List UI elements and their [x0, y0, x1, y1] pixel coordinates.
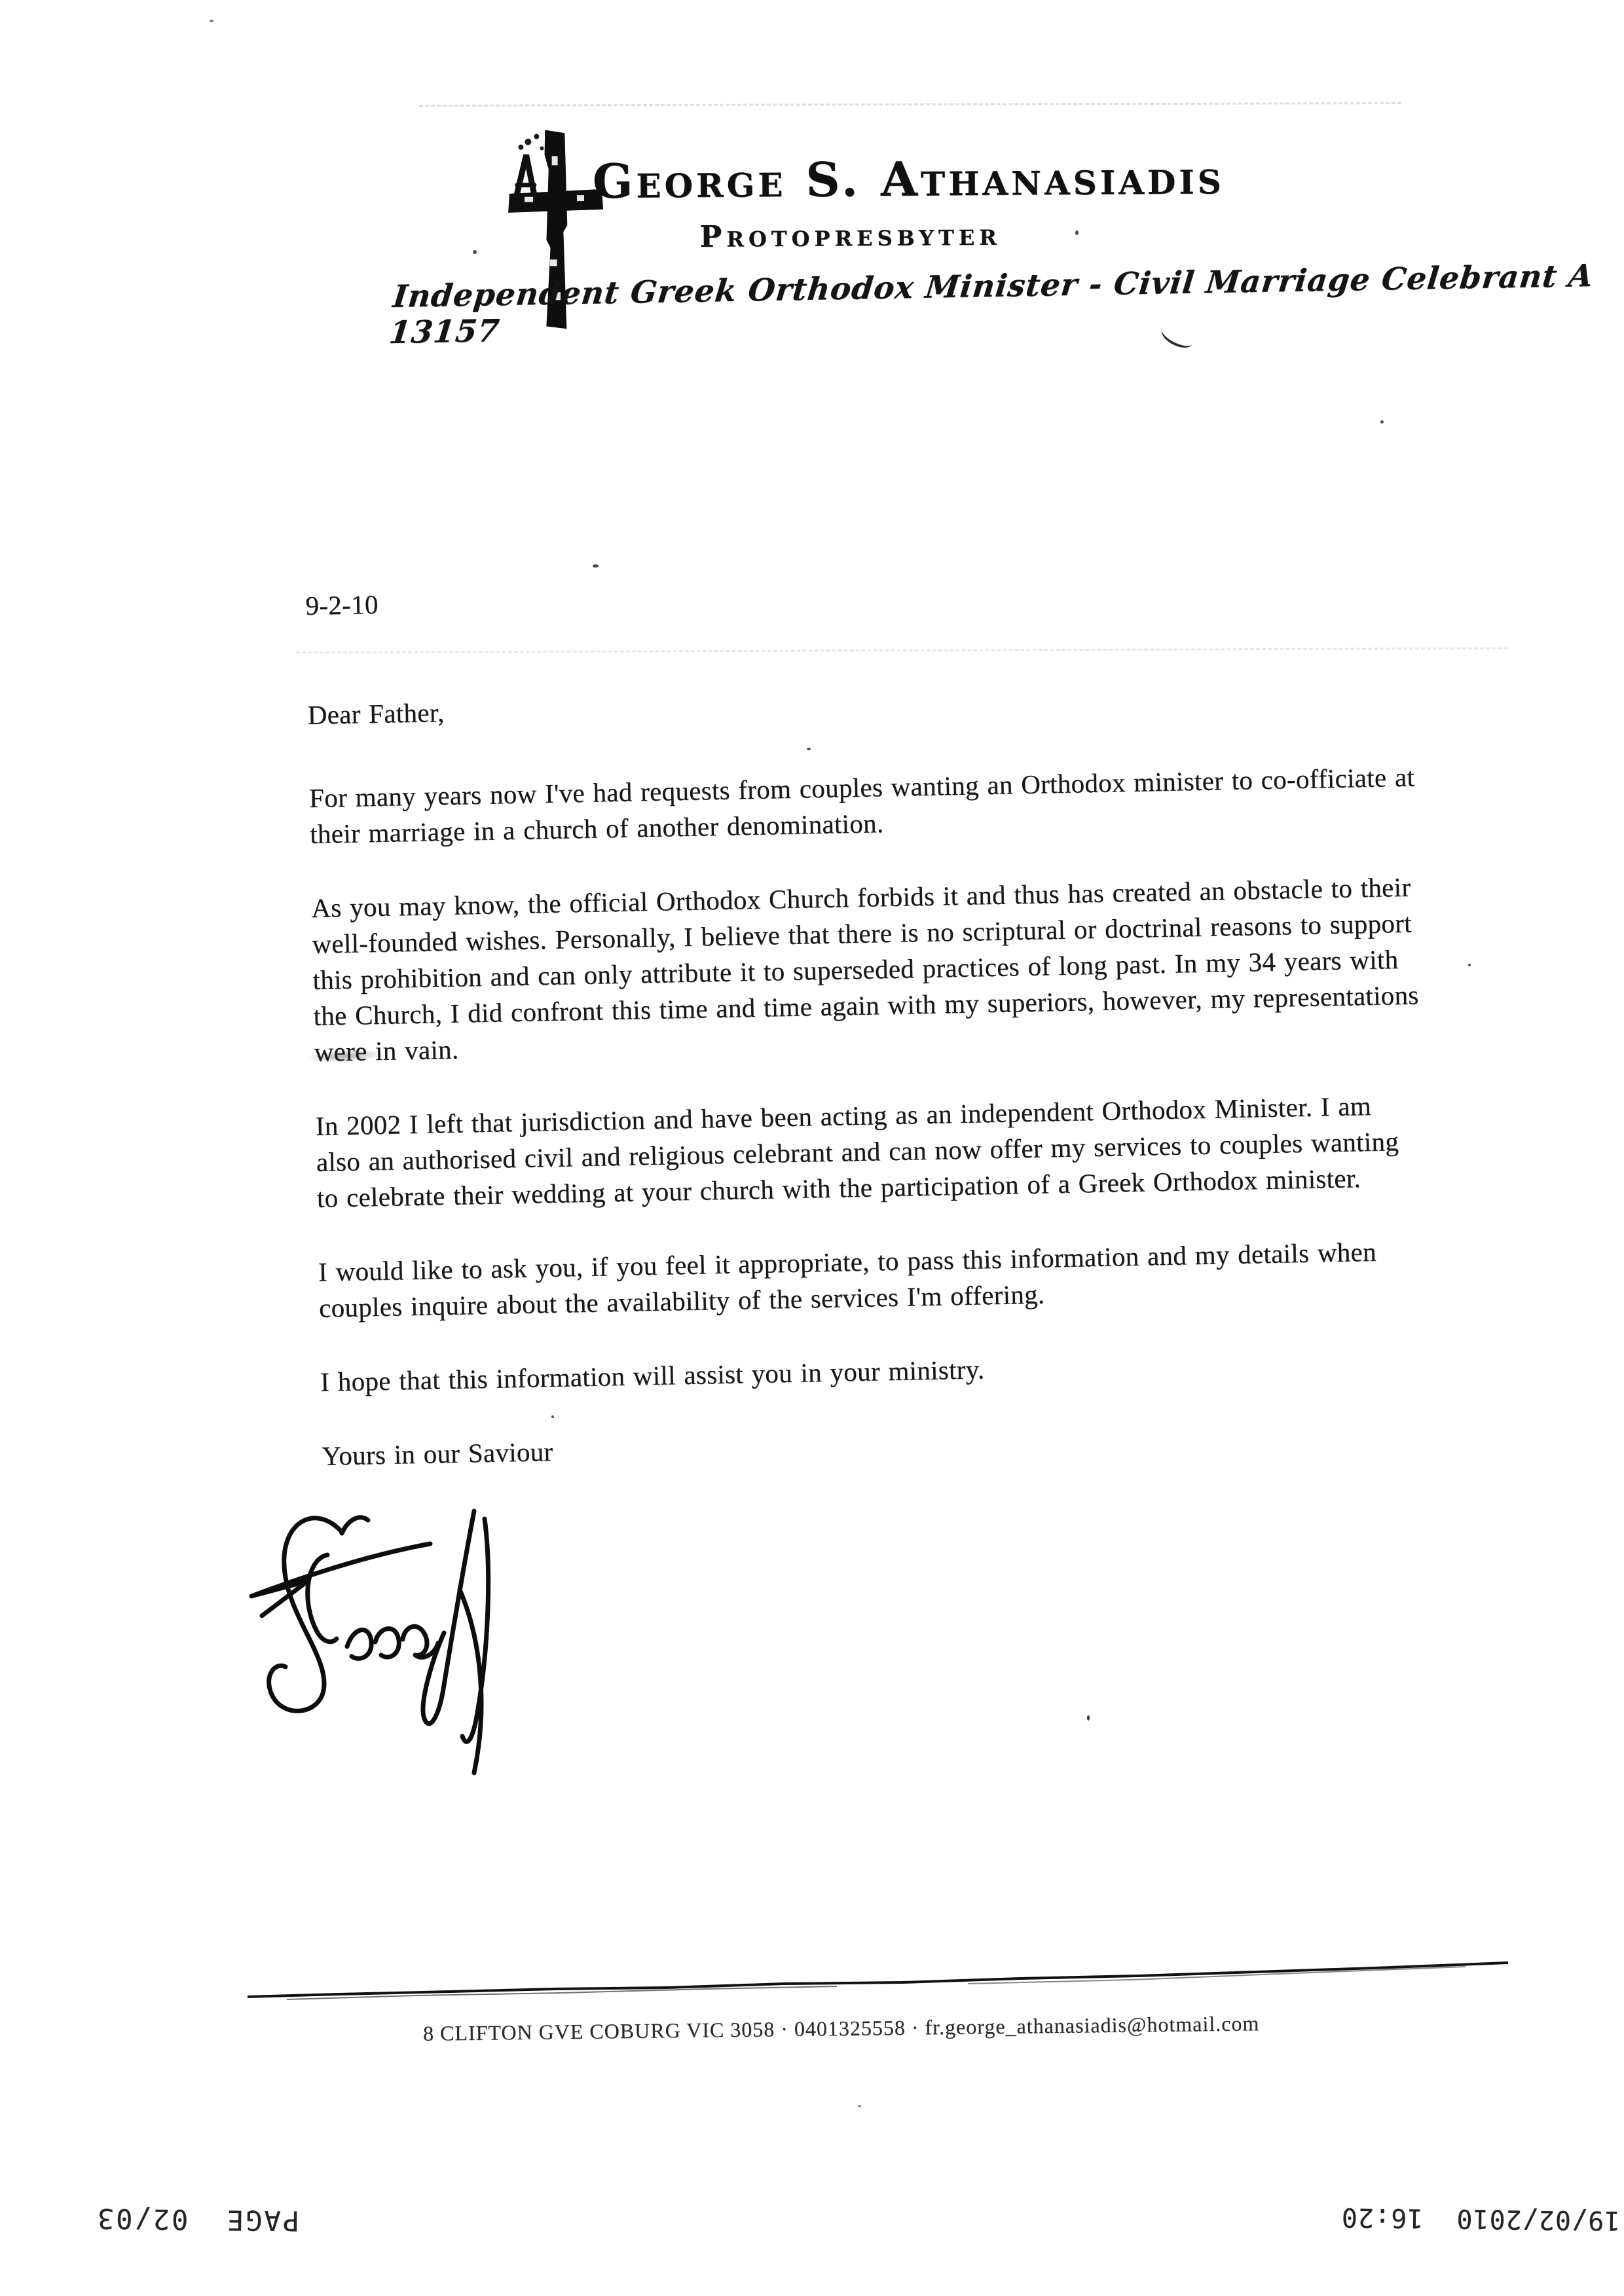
- footer-rule: [248, 1959, 1508, 2005]
- letter-date: 9-2-10: [305, 567, 1412, 624]
- scan-speck: [593, 564, 599, 568]
- scan-speck: [858, 2105, 861, 2107]
- scan-speck: [210, 20, 213, 22]
- scanned-letter-page: George S. Athanasiadis Protopresbyter In…: [0, 0, 1624, 2296]
- footer-contact-line: 8 CLIFTON GVE COBURG VIC 3058 · 04013255…: [423, 2011, 1260, 2046]
- signature-scrawl: [244, 1493, 564, 1787]
- fax-timestamp: 19/02/2010 16:20: [1341, 2202, 1621, 2235]
- paragraph: I would like to ask you, if you feel it …: [318, 1233, 1426, 1326]
- letterhead-name: George S. Athanasiadis: [593, 149, 1225, 209]
- scan-artifact-line: [419, 102, 1401, 107]
- closing-line: Yours in our Saviour: [322, 1417, 1429, 1474]
- scan-speck: [1380, 420, 1384, 424]
- fax-page-label: PAGE 02/03: [96, 2202, 300, 2237]
- letter-body: 9-2-10 Dear Father, For many years now I…: [305, 567, 1429, 1474]
- scan-speck: [1087, 1715, 1090, 1721]
- letterhead: George S. Athanasiadis Protopresbyter In…: [0, 0, 1623, 4]
- paragraph: For many years now I've had requests fro…: [309, 759, 1417, 852]
- scan-speck: [1075, 230, 1079, 235]
- paragraph: I hope that this information will assist…: [320, 1343, 1428, 1400]
- salutation: Dear Father,: [307, 676, 1414, 733]
- letterhead-title: Protopresbyter: [699, 217, 1001, 254]
- scan-speck: [1468, 964, 1471, 966]
- paragraph: As you may know, the official Orthodox C…: [311, 869, 1421, 1070]
- scan-speck: [473, 250, 477, 254]
- paragraph: In 2002 I left that jurisdiction and hav…: [315, 1087, 1424, 1216]
